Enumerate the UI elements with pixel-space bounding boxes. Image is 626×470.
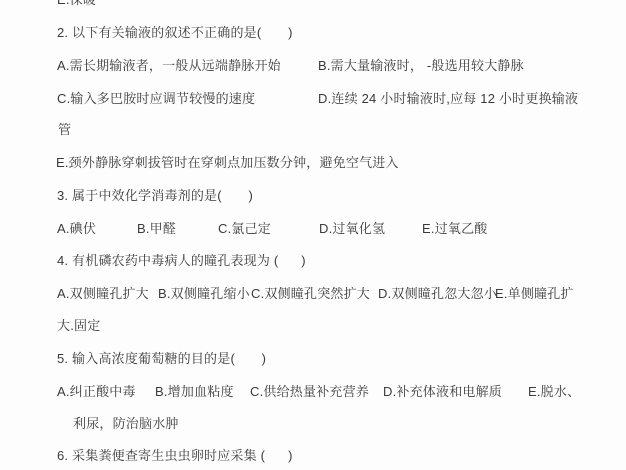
q2-option-b: B.需大量输液时， -般选用较大静脉 bbox=[318, 57, 524, 75]
q2-option-e-line: E.颈外静脉穿刺拔管时在穿刺点加压数分钟，避免空气进入 bbox=[0, 154, 626, 172]
q1-option-e: E.保暖 bbox=[57, 0, 96, 9]
q2-option-e: E.颈外静脉穿刺拔管时在穿刺点加压数分钟，避免空气进入 bbox=[56, 154, 399, 172]
q5-option-c: C.供给热量补充营养 bbox=[250, 383, 369, 401]
q5-option-b: B.增加血粘度 bbox=[155, 383, 234, 401]
q4-stem: 4. 有机磷农药中毒病人的瞳孔表现为 ( ) bbox=[57, 252, 306, 270]
q2-option-d: D.连续 24 小时输液时,应每 12 小时更换输液 bbox=[318, 90, 578, 108]
q4-option-e-wrap-line: 大.固定 bbox=[0, 317, 626, 335]
q2-option-d-wrap-line: 管 bbox=[0, 121, 626, 139]
q2-stem-line: 2. 以下有关输液的叙述不正确的是( ) bbox=[0, 24, 626, 42]
q5-option-e-continuation: 利尿，防治脑水肿 bbox=[73, 415, 179, 433]
q3-stem-line: 3. 属于中效化学消毒剂的是( ) bbox=[0, 187, 626, 205]
q3-option-b: B.甲醛 bbox=[137, 220, 176, 238]
q2-options-line-cd: C.输入多巴胺时应调节较慢的速度 D.连续 24 小时输液时,应每 12 小时更… bbox=[0, 90, 626, 108]
q4-option-d: D.双侧瞳孔忽大忽小 bbox=[378, 285, 497, 303]
q3-option-d: D.过氧化氢 bbox=[319, 220, 385, 238]
q4-option-a: A.双侧瞳孔扩大 bbox=[57, 285, 149, 303]
q2-option-d-continuation: 管 bbox=[58, 121, 71, 139]
q6-stem-line: 6. 采集粪便查寄生虫虫卵时应采集 ( ) bbox=[0, 447, 626, 465]
q4-option-e-continuation: 大.固定 bbox=[57, 317, 100, 335]
q4-options-line: A.双侧瞳孔扩大 B.双侧瞳孔缩小 C.双侧瞳孔突然扩大 D.双侧瞳孔忽大忽小 … bbox=[0, 285, 626, 303]
q3-option-a: A.碘伏 bbox=[57, 220, 96, 238]
q5-options-line: A.纠正酸中毒 B.增加血粘度 C.供给热量补充营养 D.补充体液和电解质 E.… bbox=[0, 383, 626, 401]
q5-option-e-wrap-line: 利尿，防治脑水肿 bbox=[0, 415, 626, 433]
q1-option-e-partial-line: E.保暖 bbox=[0, 0, 626, 9]
q4-option-e: E.单侧瞳孔扩 bbox=[495, 285, 574, 303]
q3-option-c: C.氯己定 bbox=[218, 220, 271, 238]
q4-stem-line: 4. 有机磷农药中毒病人的瞳孔表现为 ( ) bbox=[0, 252, 626, 270]
q2-options-line-ab: A.需长期输液者，一般从远端静脉开始 B.需大量输液时， -般选用较大静脉 bbox=[0, 57, 626, 75]
q5-stem-line: 5. 输入高浓度葡萄糖的目的是( ) bbox=[0, 350, 626, 368]
q5-stem: 5. 输入高浓度葡萄糖的目的是( ) bbox=[57, 350, 266, 368]
q4-option-c: C.双侧瞳孔突然扩大 bbox=[251, 285, 370, 303]
q5-option-d: D.补充体液和电解质 bbox=[383, 383, 502, 401]
q6-stem: 6. 采集粪便查寄生虫虫卵时应采集 ( ) bbox=[57, 447, 293, 465]
q5-option-a: A.纠正酸中毒 bbox=[57, 383, 136, 401]
q5-option-e: E.脱水、 bbox=[528, 383, 580, 401]
q4-option-b: B.双侧瞳孔缩小 bbox=[158, 285, 250, 303]
exam-document: E.保暖 2. 以下有关输液的叙述不正确的是( ) A.需长期输液者，一般从远端… bbox=[0, 0, 626, 470]
q3-option-e: E.过氧乙酸 bbox=[422, 220, 487, 238]
q2-option-c: C.输入多巴胺时应调节较慢的速度 bbox=[57, 90, 255, 108]
q2-option-a: A.需长期输液者，一般从远端静脉开始 bbox=[57, 57, 281, 75]
q3-options-line: A.碘伏 B.甲醛 C.氯己定 D.过氧化氢 E.过氧乙酸 bbox=[0, 220, 626, 238]
q3-stem: 3. 属于中效化学消毒剂的是( ) bbox=[57, 187, 253, 205]
q2-stem: 2. 以下有关输液的叙述不正确的是( ) bbox=[57, 24, 293, 42]
